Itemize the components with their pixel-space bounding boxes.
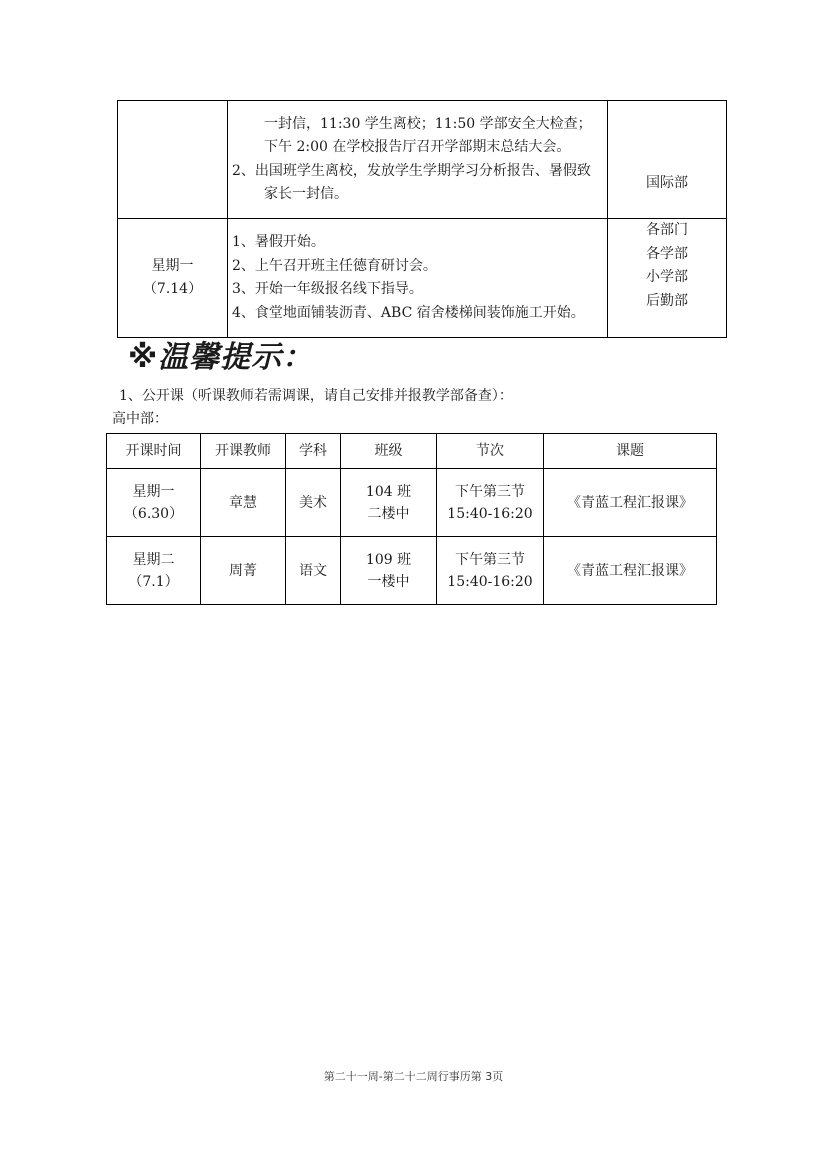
- date-label: （7.14）: [118, 278, 227, 302]
- table-header-row: 开课时间 开课教师 学科 班级 节次 课题: [107, 434, 717, 469]
- schedule-table: 一封信，11:30 学生离校；11:50 学部安全大检查；下午 2:00 在学校…: [117, 100, 727, 338]
- department-label: 各学部: [608, 243, 726, 267]
- schedule-row: 一封信，11:30 学生离校；11:50 学部安全大检查；下午 2:00 在学校…: [118, 101, 727, 219]
- day-cell: 星期一 （7.14）: [118, 219, 228, 338]
- schedule-row: 星期一 （7.14） 1、暑假开始。 2、上午召开班主任德育研讨会。 3、开始一…: [118, 219, 727, 338]
- period-label: 下午第三节: [437, 549, 543, 571]
- time-cell: 星期一 （6.30）: [107, 469, 201, 537]
- items-cell: 一封信，11:30 学生离校；11:50 学部安全大检查；下午 2:00 在学校…: [228, 101, 608, 219]
- header-topic: 课题: [544, 434, 717, 469]
- header-time: 开课时间: [107, 434, 201, 469]
- schedule-item: 一封信，11:30 学生离校；11:50 学部安全大检查；下午 2:00 在学校…: [232, 113, 603, 160]
- class-cell: 109 班 一楼中: [341, 537, 437, 605]
- day-label: 星期一: [107, 481, 200, 503]
- time-range-label: 15:40-16:20: [437, 503, 543, 525]
- header-subject: 学科: [286, 434, 341, 469]
- day-label: 星期二: [107, 549, 200, 571]
- table-row: 星期二 （7.1） 周菁 语文 109 班 一楼中 下午第三节 15:40-16…: [107, 537, 717, 605]
- header-teacher: 开课教师: [201, 434, 286, 469]
- time-range-label: 15:40-16:20: [437, 571, 543, 593]
- tips-heading: ※温馨提示：: [128, 336, 313, 380]
- day-label: 星期一: [118, 255, 227, 279]
- schedule-item: 2、上午召开班主任德育研讨会。: [232, 255, 603, 279]
- department-label: 国际部: [608, 172, 726, 196]
- department-label: 各部门: [608, 219, 726, 243]
- date-label: （6.30）: [107, 503, 200, 525]
- period-cell: 下午第三节 15:40-16:20: [437, 537, 544, 605]
- items-cell: 1、暑假开始。 2、上午召开班主任德育研讨会。 3、开始一年级报名线下指导。 4…: [228, 219, 608, 338]
- topic-cell: 《青蓝工程汇报课》: [544, 469, 717, 537]
- schedule-item: 3、开始一年级报名线下指导。: [232, 278, 603, 302]
- class-label: 109 班: [341, 549, 436, 571]
- day-cell: [118, 101, 228, 219]
- schedule-item: 4、食堂地面铺装沥青、ABC 宿舍楼梯间装饰施工开始。: [232, 302, 603, 326]
- header-period: 节次: [437, 434, 544, 469]
- location-label: 一楼中: [341, 571, 436, 593]
- page-footer: 第二十一周-第二十二周行事历第 3页: [0, 1068, 827, 1084]
- teacher-cell: 周菁: [201, 537, 286, 605]
- department-label: 小学部: [608, 266, 726, 290]
- schedule-item: 2、出国班学生离校，发放学生学期学习分析报告、暑假致家长一封信。: [232, 160, 603, 207]
- department-cell: 国际部: [608, 101, 727, 219]
- location-label: 二楼中: [341, 503, 436, 525]
- subject-cell: 美术: [286, 469, 341, 537]
- period-cell: 下午第三节 15:40-16:20: [437, 469, 544, 537]
- teacher-cell: 章慧: [201, 469, 286, 537]
- tips-section-label: 高中部：: [112, 409, 168, 429]
- open-class-table: 开课时间 开课教师 学科 班级 节次 课题 星期一 （6.30） 章慧 美术 1…: [106, 433, 717, 605]
- date-label: （7.1）: [107, 571, 200, 593]
- department-cell: 各部门 各学部 小学部 后勤部: [608, 219, 727, 338]
- period-label: 下午第三节: [437, 481, 543, 503]
- schedule-item: 1、暑假开始。: [232, 231, 603, 255]
- class-label: 104 班: [341, 481, 436, 503]
- tips-open-class-note: 1、公开课（听课教师若需调课，请自己安排并报教学部备查）：: [119, 386, 513, 406]
- department-label: 后勤部: [608, 290, 726, 314]
- class-cell: 104 班 二楼中: [341, 469, 437, 537]
- time-cell: 星期二 （7.1）: [107, 537, 201, 605]
- topic-cell: 《青蓝工程汇报课》: [544, 537, 717, 605]
- header-class: 班级: [341, 434, 437, 469]
- table-row: 星期一 （6.30） 章慧 美术 104 班 二楼中 下午第三节 15:40-1…: [107, 469, 717, 537]
- subject-cell: 语文: [286, 537, 341, 605]
